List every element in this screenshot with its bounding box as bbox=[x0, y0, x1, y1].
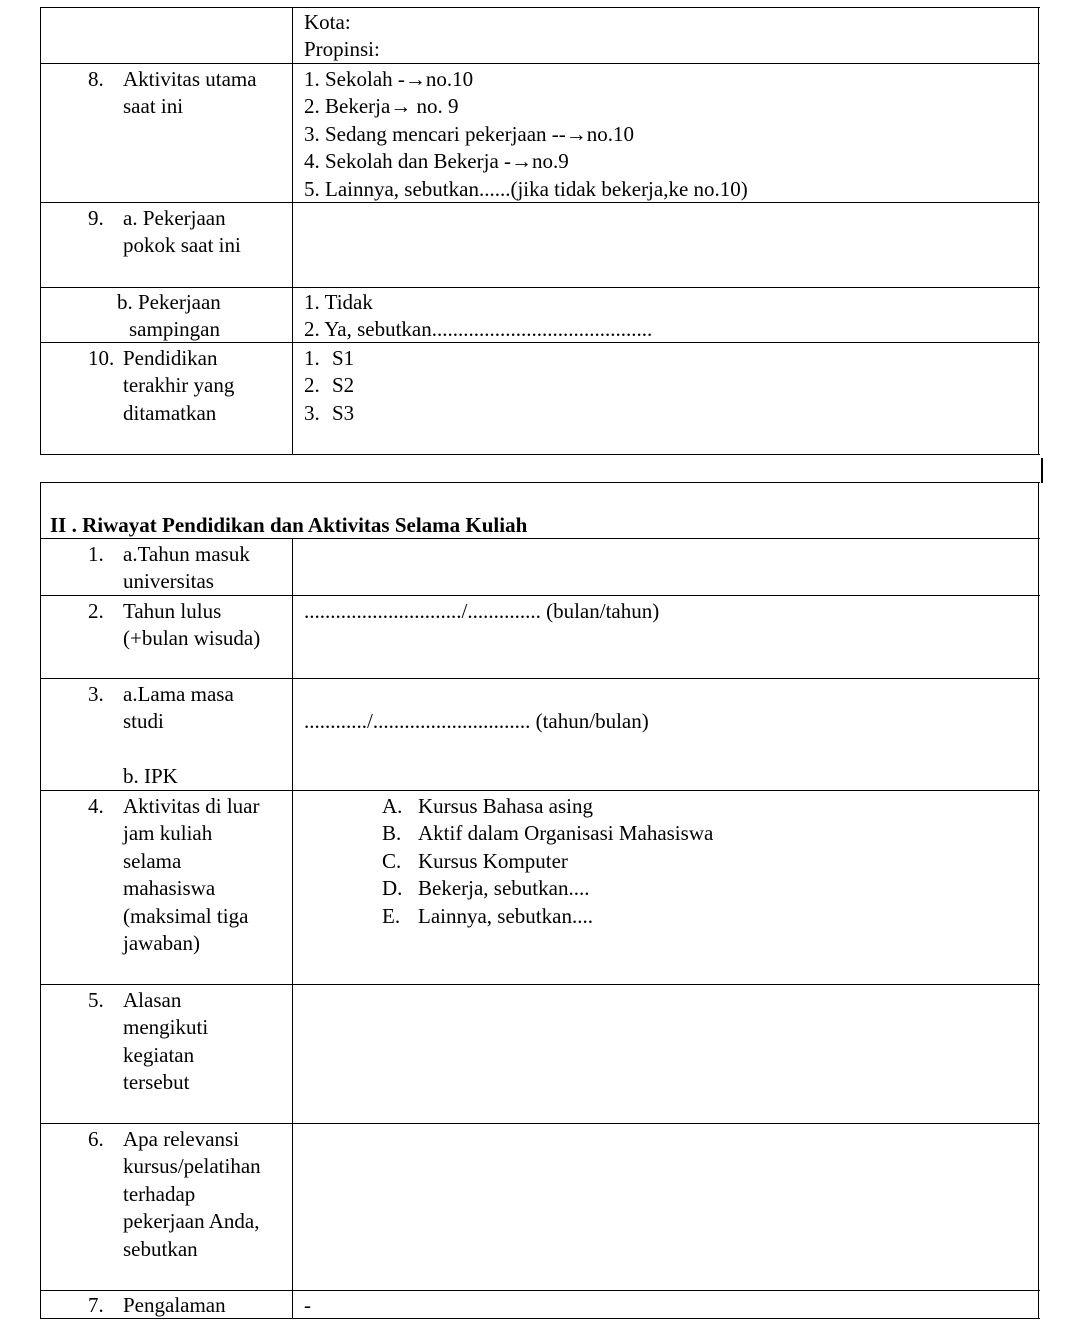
row-divider bbox=[40, 984, 1040, 985]
question-label: kegiatan bbox=[123, 1042, 194, 1070]
question-label: mahasiswa bbox=[123, 875, 215, 903]
row-divider bbox=[40, 678, 1040, 679]
option-item[interactable]: 2. Ya, sebutkan.........................… bbox=[304, 316, 652, 344]
question-label: Tahun lulus bbox=[123, 598, 221, 626]
question-label: b. IPK bbox=[123, 763, 178, 791]
question-label: kursus/pelatihan bbox=[123, 1153, 261, 1181]
pengalaman-answer-field[interactable]: - bbox=[304, 1292, 311, 1320]
column-divider bbox=[292, 538, 293, 1319]
option-letter: D. bbox=[382, 875, 402, 903]
column-divider bbox=[292, 7, 293, 455]
table-border bbox=[40, 7, 41, 455]
option-item[interactable]: Lainnya, sebutkan.... bbox=[418, 903, 593, 931]
table-border bbox=[40, 482, 41, 1319]
question-number: 9. bbox=[88, 205, 104, 233]
question-number: 3. bbox=[88, 681, 104, 709]
option-letter: B. bbox=[382, 820, 401, 848]
question-label: Aktivitas utama bbox=[123, 66, 257, 94]
table-border bbox=[40, 454, 1040, 455]
question-label: pokok saat ini bbox=[123, 232, 241, 260]
question-label: (+bulan wisuda) bbox=[123, 625, 260, 653]
row-divider bbox=[40, 287, 1040, 288]
question-number: 5. bbox=[88, 987, 104, 1015]
question-number: 6. bbox=[88, 1126, 104, 1154]
question-label: a.Lama masa bbox=[123, 681, 234, 709]
option-item[interactable]: Bekerja, sebutkan.... bbox=[418, 875, 589, 903]
option-item[interactable]: 1. Tidak bbox=[304, 289, 373, 317]
row-divider bbox=[40, 1290, 1040, 1291]
question-label: saat ini bbox=[123, 93, 183, 121]
section-title: II . Riwayat Pendidikan dan Aktivitas Se… bbox=[50, 512, 527, 540]
relevansi-answer-field[interactable] bbox=[294, 1125, 1037, 1289]
question-label: ditamatkan bbox=[123, 400, 216, 428]
option-letter: A. bbox=[382, 793, 402, 821]
tahun-lulus-answer-field[interactable]: ............................../.........… bbox=[304, 598, 659, 626]
question-label: Pengalaman bbox=[123, 1292, 226, 1320]
table-border bbox=[40, 482, 1040, 483]
question-label: mengikuti bbox=[123, 1014, 208, 1042]
row-divider bbox=[40, 63, 1040, 64]
question-label: a.Tahun masuk bbox=[123, 541, 250, 569]
question-number: 4. bbox=[88, 793, 104, 821]
question-label: (maksimal tiga bbox=[123, 903, 248, 931]
question-label: jawaban) bbox=[123, 930, 200, 958]
question-label: jam kuliah bbox=[123, 820, 212, 848]
question-number: 8. bbox=[88, 66, 104, 94]
alasan-answer-field[interactable] bbox=[294, 986, 1037, 1122]
option-item[interactable]: 1. Sekolah -→no.10 bbox=[304, 66, 473, 94]
option-number: 2. bbox=[304, 372, 320, 400]
question-label: pekerjaan Anda, bbox=[123, 1208, 259, 1236]
question-label: Alasan bbox=[123, 987, 181, 1015]
tahun-masuk-answer-field[interactable] bbox=[294, 540, 1037, 594]
page-margin-mark bbox=[1041, 458, 1043, 483]
question-label: Pendidikan bbox=[123, 345, 218, 373]
table-border bbox=[40, 7, 1040, 8]
propinsi-field[interactable]: Propinsi: bbox=[304, 36, 380, 64]
question-label: a. Pekerjaan bbox=[123, 205, 226, 233]
option-item[interactable]: S2 bbox=[332, 372, 354, 400]
question-number: 1. bbox=[88, 541, 104, 569]
option-item[interactable]: S1 bbox=[332, 345, 354, 373]
question-number: 7. bbox=[88, 1292, 104, 1320]
question-label: terakhir yang bbox=[123, 372, 234, 400]
question-label: universitas bbox=[123, 568, 214, 596]
question-number: 10. bbox=[88, 345, 114, 373]
question-label: tersebut bbox=[123, 1069, 189, 1097]
option-letter: E. bbox=[382, 903, 400, 931]
question-label: Apa relevansi bbox=[123, 1126, 239, 1154]
question-label: sebutkan bbox=[123, 1236, 198, 1264]
table-border bbox=[1038, 7, 1039, 455]
kota-field[interactable]: Kota: bbox=[304, 9, 351, 37]
question-label: terhadap bbox=[123, 1181, 195, 1209]
question-label: sampingan bbox=[129, 316, 220, 344]
option-item[interactable]: Kursus Komputer bbox=[418, 848, 568, 876]
option-letter: C. bbox=[382, 848, 401, 876]
option-item[interactable]: 5. Lainnya, sebutkan......(jika tidak be… bbox=[304, 176, 748, 204]
option-item[interactable]: 2. Bekerja→ no. 9 bbox=[304, 93, 459, 121]
option-item[interactable]: Aktif dalam Organisasi Mahasiswa bbox=[418, 820, 713, 848]
question-label: selama bbox=[123, 848, 181, 876]
pekerjaan-pokok-answer-field[interactable] bbox=[294, 204, 1037, 286]
question-number: 2. bbox=[88, 598, 104, 626]
row-divider bbox=[40, 1123, 1040, 1124]
question-label: b. Pekerjaan bbox=[117, 289, 221, 317]
option-item[interactable]: Kursus Bahasa asing bbox=[418, 793, 593, 821]
option-item[interactable]: 3. Sedang mencari pekerjaan --→no.10 bbox=[304, 121, 634, 149]
row-divider bbox=[40, 790, 1040, 791]
lama-studi-answer-field[interactable]: ............/...........................… bbox=[304, 708, 649, 736]
option-number: 3. bbox=[304, 400, 320, 428]
table-border bbox=[1038, 482, 1039, 1319]
option-number: 1. bbox=[304, 345, 320, 373]
option-item[interactable]: S3 bbox=[332, 400, 354, 428]
question-label: Aktivitas di luar bbox=[123, 793, 259, 821]
question-label: studi bbox=[123, 708, 164, 736]
option-item[interactable]: 4. Sekolah dan Bekerja -→no.9 bbox=[304, 148, 569, 176]
